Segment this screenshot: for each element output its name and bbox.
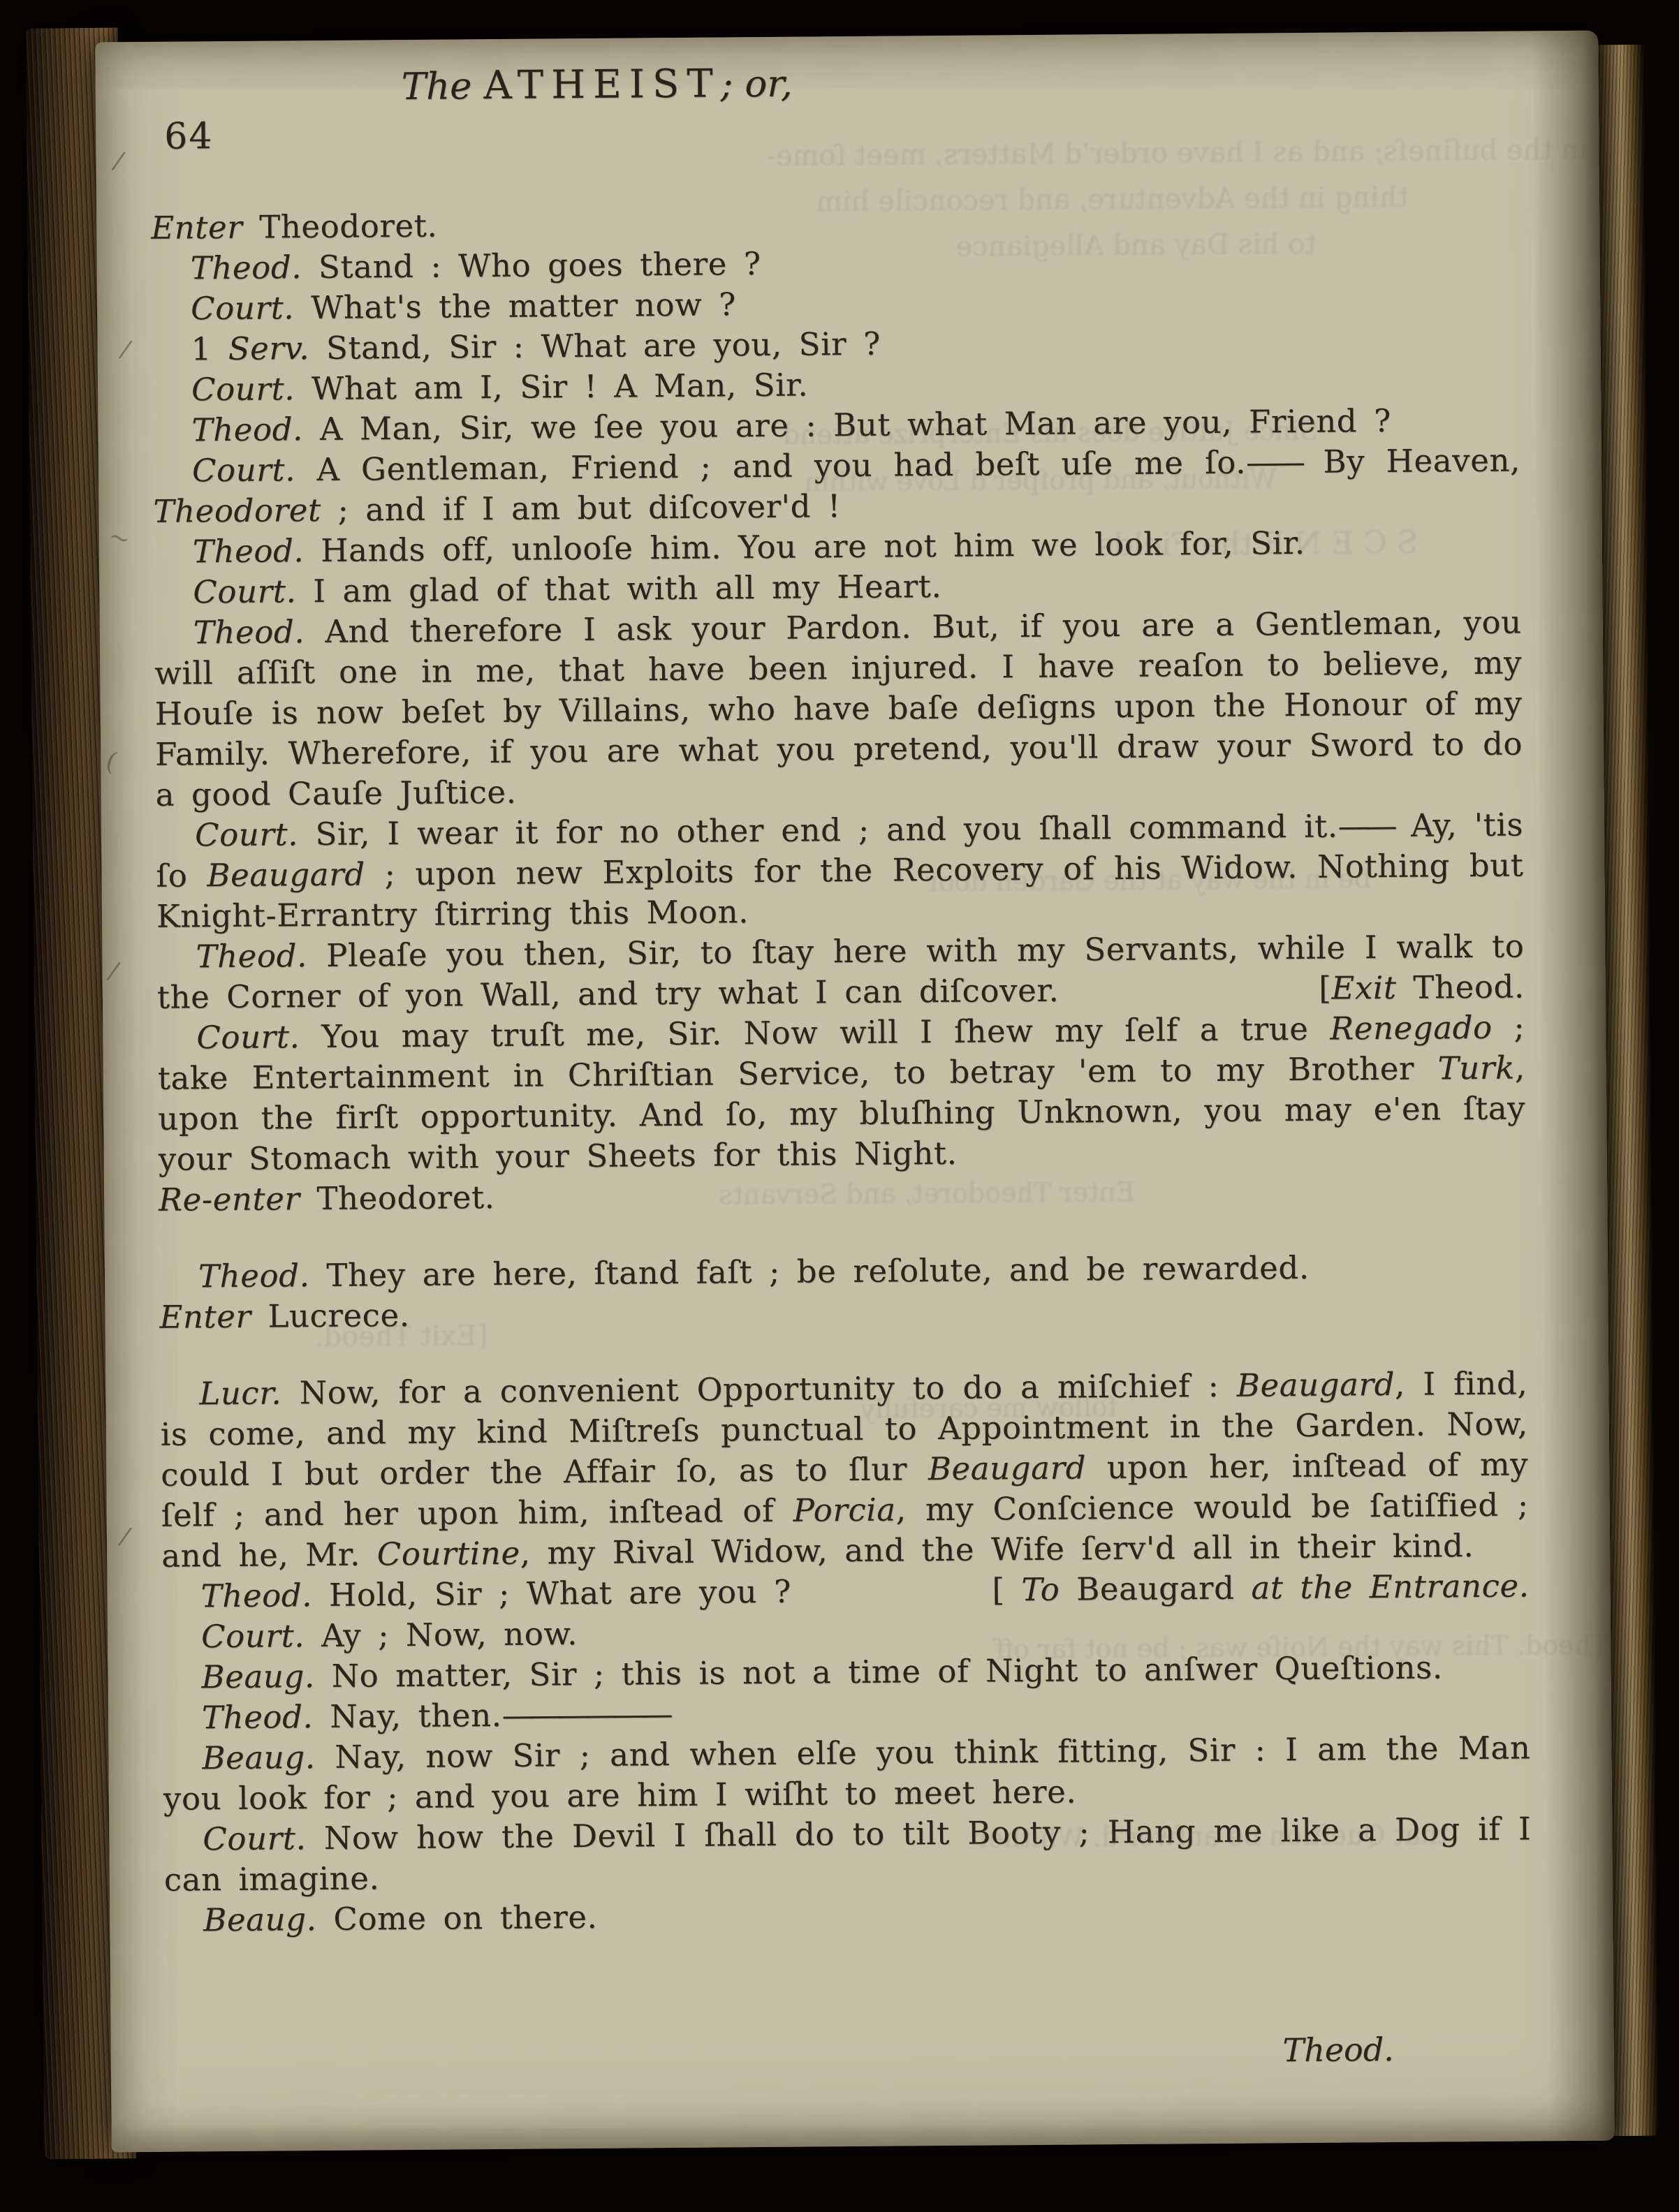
roman-text: Nay, then. [313, 1697, 502, 1735]
italic-text: Theod. [191, 411, 303, 448]
roman-text: Stand, Sir : What are you, Sir ? [309, 325, 881, 367]
roman-text: Ay ; Now, now. [305, 1615, 578, 1654]
italic-text: Theod. [202, 1698, 314, 1736]
italic-text: Court. [191, 289, 294, 327]
italic-text: Court. [203, 1820, 306, 1857]
margin-mark: ~ [105, 522, 133, 555]
italic-text: Court. [201, 1617, 305, 1655]
margin-mark: / [117, 1521, 133, 1551]
book-page: 64 The ATHEIST; or, Enter Theodoret.Theo… [95, 31, 1615, 2153]
italic-text: Beaugard [1237, 1366, 1395, 1404]
italic-text: Theod. [191, 249, 302, 286]
italic-text: Theod. [200, 1577, 312, 1614]
stage-direction: Enter Theodoret. [151, 206, 438, 249]
italic-text: Renegado [1330, 1009, 1493, 1047]
roman-text: Theodoret. [259, 207, 438, 246]
speech-line: Beaug. Nay, now Sir ; and when elſe you … [163, 1727, 1531, 1819]
italic-text: Beaug. [203, 1901, 317, 1938]
speech-line: Theod. Pleaſe you then, Sir, to ſtay her… [156, 926, 1525, 1017]
italic-text: Re-enter [159, 1180, 317, 1218]
roman-text: What am I, Sir ! A Man, Sir. [295, 366, 809, 407]
italic-text: Theod. [193, 613, 305, 651]
roman-text: Beaugard [1076, 1570, 1252, 1608]
title-the: The [401, 65, 471, 108]
roman-text: I am glad of that with all my Heart. [296, 568, 941, 610]
roman-text: [ [1319, 970, 1332, 1007]
italic-text: Enter [151, 209, 259, 246]
margin-mark: / [117, 334, 134, 364]
italic-text: at the Entrance. [1251, 1567, 1530, 1606]
bleedthrough-text: S C E N E the Fields [1098, 525, 1418, 563]
bleedthrough-text: ve his ſhare in the buſineſs; and as I h… [766, 133, 1615, 172]
italic-text: Turk [1437, 1049, 1515, 1087]
italic-text: Theodoret [153, 492, 321, 530]
bleedthrough-layer: ve his ſhare in the buſineſs; and as I h… [95, 31, 1598, 43]
roman-text: You may truſt me, Sir. Now will I ſhew m… [300, 1010, 1330, 1056]
roman-text: 1 [191, 330, 228, 367]
roman-text: Hold, Sir ; What are you ? [312, 1573, 791, 1614]
italic-text: Court. [193, 573, 296, 610]
italic-text: Beaug. [201, 1658, 315, 1695]
catchword: Theod. [1282, 2030, 1394, 2069]
roman-text: By Heaven, [1302, 441, 1520, 480]
italic-text: Exit [1331, 969, 1413, 1007]
margin-mark: / [110, 146, 127, 176]
scan-background: { "colors":{"background":"#070503","pape… [0, 0, 1679, 2212]
italic-text: Court. [192, 451, 295, 489]
roman-text: , my Rival Widow, and the Wife ſerv'd al… [520, 1527, 1474, 1572]
italic-text: Beaugard [928, 1449, 1087, 1487]
inline-stage-direction: [Exit Theod. [1319, 966, 1525, 1008]
bleedthrough-text: follow me carefully [860, 1392, 1117, 1424]
bleedthrough-text: to his Day and Allegiance [955, 228, 1316, 263]
roman-text: Stand : Who goes there ? [302, 245, 761, 286]
speech-line: Theod. And therefore I ask your Pardon. … [154, 602, 1523, 815]
bleedthrough-text: be in the way at the Garden door [925, 863, 1371, 897]
italic-text: Court. [191, 370, 295, 408]
roman-text: ; and if I am but diſcover'd ! [321, 487, 840, 529]
italic-text: Lucr. [199, 1374, 281, 1412]
italic-text: Theod. [196, 937, 307, 975]
stage-direction: Re-enter Theodoret. [159, 1177, 495, 1221]
margin-marks-layer: //~(// [95, 31, 1598, 43]
italic-text: Enter [159, 1298, 267, 1336]
italic-text: To [1021, 1571, 1076, 1609]
roman-text: Theodoret. [316, 1179, 495, 1217]
speech-line: Theod. They are here, ſtand faſt ; be re… [159, 1246, 1527, 1297]
inline-stage-direction: [ To Beaugard at the Entrance. [992, 1565, 1530, 1610]
page-number: 64 [164, 115, 214, 158]
running-title: The ATHEIST; or, [95, 54, 1598, 112]
roman-text: Sir, I wear it for no other end ; and yo… [298, 808, 1338, 853]
italic-text: Beaug. [202, 1739, 316, 1776]
italic-text: Serv. [228, 330, 310, 367]
bleedthrough-text: Enter Theodoret, and Servants [719, 1177, 1136, 1211]
italic-text: Beaugard [207, 855, 365, 894]
speech-line: Lucr. Now, for a convenient Opportunity … [160, 1363, 1529, 1576]
italic-text: Theod. [193, 532, 305, 570]
running-title-text: The ATHEIST; or, [401, 61, 792, 109]
bleedthrough-text: Without, and proſper'd Love within [804, 463, 1277, 497]
title-main: ATHEIST [483, 61, 721, 108]
roman-text: Nay, now Sir ; and when elſe you think f… [163, 1729, 1531, 1817]
roman-text: What's the matter now ? [294, 286, 736, 326]
margin-mark: / [105, 956, 122, 986]
bleedthrough-text: [Exit Theod. [315, 1320, 488, 1353]
text-block: Enter Theodoret.Theod. Stand : Who goes … [151, 197, 1532, 1940]
roman-text: —————— [501, 1695, 669, 1734]
roman-text: Come on there. [316, 1898, 597, 1938]
bleedthrough-text: that Queſtion be anſwer'd. Whither [975, 1819, 1448, 1853]
bleedthrough-text: thing in the Adventure, and reconcile hi… [816, 182, 1409, 219]
title-suffix: ; or, [720, 63, 792, 106]
bleedthrough-text: Theod. This way the Noiſe was ; be not f… [995, 1630, 1609, 1665]
roman-text: They are here, ſtand faſt ; be reſolute,… [309, 1249, 1310, 1294]
roman-text: —— [1337, 807, 1393, 845]
roman-text: Theod. [1413, 968, 1525, 1005]
italic-text: Court. [196, 1018, 300, 1056]
italic-text: Courtine [377, 1535, 520, 1573]
italic-text: Theod. [198, 1257, 310, 1295]
italic-text: Porcia [793, 1491, 896, 1529]
margin-mark: ( [102, 746, 120, 776]
roman-text: [ [992, 1571, 1021, 1608]
roman-text: And therefore I ask your Pardon. But, if… [154, 603, 1523, 813]
speech-line: Court. You may truſt me, Sir. Now will I… [157, 1007, 1526, 1179]
italic-text: Court. [195, 816, 298, 853]
bleedthrough-text: Since Juſtice does his Enterprize attend [782, 415, 1318, 450]
